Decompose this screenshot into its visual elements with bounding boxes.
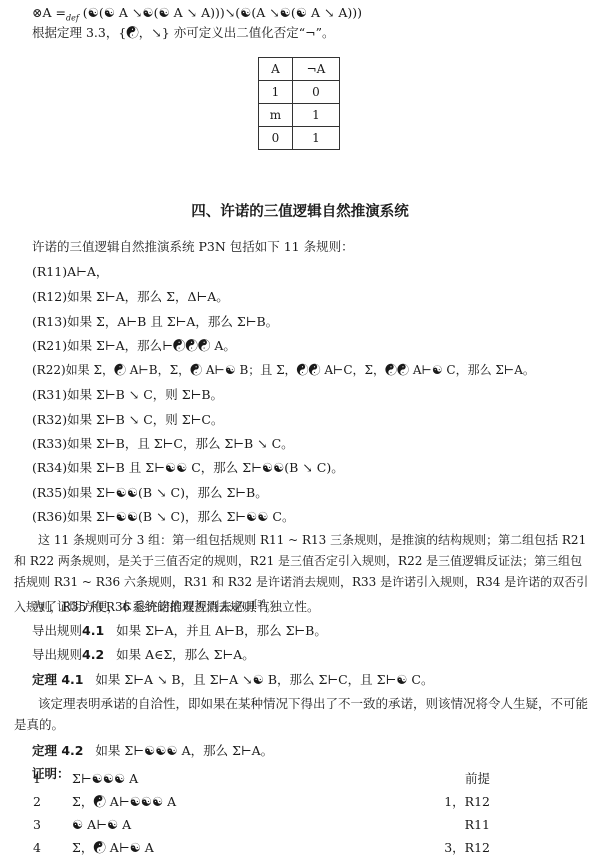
rule-item: (R32)如果 Σ⊢B ↘ C，则 Σ⊢C。 xyxy=(32,411,223,429)
rule-text: A⊢A， xyxy=(67,264,108,279)
rule-text: 如果 Σ⊢A，那么 Σ，Δ⊢A。 xyxy=(67,289,229,304)
independence-note: 为了证明方便，本系统的推理规则未必具有独立性。 xyxy=(32,598,320,616)
intro-text: 许诺的三值逻辑自然推演系统 P3N 包括如下 11 条规则： xyxy=(32,238,354,256)
step-justification: 前提 xyxy=(465,770,490,788)
rule-id: (R31) xyxy=(32,387,67,402)
rule-item: (R35)如果 Σ⊢☯☯(B ↘ C)，那么 Σ⊢B。 xyxy=(32,484,268,502)
rule-id: (R13) xyxy=(32,314,67,329)
cell: 1 xyxy=(259,81,293,104)
theorem-text: 如果 Σ⊢A ↘ B，且 Σ⊢A ↘☯ B，那么 Σ⊢C，且 Σ⊢☯ C。 xyxy=(95,672,433,687)
derived-rule-number: 4.1 xyxy=(82,623,104,638)
truth-table-header: A ¬A xyxy=(259,58,340,81)
cell: 1 xyxy=(293,104,340,127)
rule-id: (R36) xyxy=(32,509,67,524)
step-number: 1 xyxy=(33,770,41,788)
rule-item: (R11)A⊢A， xyxy=(32,263,108,281)
theorem-label: 定理 4.1 xyxy=(32,672,84,687)
step-expression: Σ⊢☯☯☯ A xyxy=(72,770,138,788)
rule-item: (R13)如果 Σ，A⊢B 且 Σ⊢A，那么 Σ⊢B。 xyxy=(32,313,278,331)
step-expression: Σ，☯ A⊢☯ A xyxy=(72,839,154,857)
rule-item: (R31)如果 Σ⊢B ↘ C，则 Σ⊢B。 xyxy=(32,386,223,404)
derived-rule: 导出规则4.2 如果 A∈Σ，那么 Σ⊢A。 xyxy=(32,646,255,664)
step-number: 2 xyxy=(33,793,41,811)
header-not-a: ¬A xyxy=(293,58,340,81)
definition-subscript: def xyxy=(66,14,79,23)
truth-table: A ¬A 1 0 m 1 0 1 xyxy=(258,57,340,150)
definition-eq: = xyxy=(56,5,66,20)
theorem-4-2: 定理 4.2 如果 Σ⊢☯☯☯ A，那么 Σ⊢A。 xyxy=(32,742,273,760)
derived-rule-text: 如果 Σ⊢A，并且 A⊢B，那么 Σ⊢B。 xyxy=(116,623,327,638)
rule-text: 如果 Σ，☯ A⊢B，Σ，☯ A⊢☯ B；且 Σ，☯☯ A⊢C，Σ，☯☯ A⊢☯… xyxy=(66,363,535,377)
step-expression: ☯ A⊢☯ A xyxy=(72,816,131,834)
truth-table-row: 0 1 xyxy=(259,127,340,150)
section-title: 四、许诺的三值逻辑自然推演系统 xyxy=(0,200,600,221)
rule-id: (R32) xyxy=(32,412,67,427)
theorem-text: 如果 Σ⊢☯☯☯ A，那么 Σ⊢A。 xyxy=(95,743,273,758)
derived-rule: 导出规则4.1 如果 Σ⊢A，并且 A⊢B，那么 Σ⊢B。 xyxy=(32,622,327,640)
step-expression: Σ，☯ A⊢☯☯☯ A xyxy=(72,793,176,811)
rule-id: (R21) xyxy=(32,338,67,353)
rule-text: 如果 Σ⊢☯☯(B ↘ C)，那么 Σ⊢B。 xyxy=(67,485,268,500)
rule-text: 如果 Σ⊢☯☯(B ↘ C)，那么 Σ⊢☯☯ C。 xyxy=(67,509,294,524)
cell: 0 xyxy=(293,81,340,104)
truth-table-row: m 1 xyxy=(259,104,340,127)
definition-rhs: (☯(☯ A ↘☯(☯ A ↘ A)))↘(☯(A ↘☯(☯ A ↘ A))) xyxy=(83,5,362,20)
derived-rule-label: 导出规则 xyxy=(32,647,82,662)
derived-rule-number: 4.2 xyxy=(82,647,104,662)
rule-item: (R34)如果 Σ⊢B 且 Σ⊢☯☯ C，那么 Σ⊢☯☯(B ↘ C)。 xyxy=(32,459,344,477)
cell: m xyxy=(259,104,293,127)
rule-id: (R11) xyxy=(32,264,67,279)
rule-id: (R34) xyxy=(32,460,67,475)
rule-id: (R12) xyxy=(32,289,67,304)
derived-rule-text: 如果 A∈Σ，那么 Σ⊢A。 xyxy=(116,647,255,662)
rule-id: (R33) xyxy=(32,436,67,451)
rule-id: (R22) xyxy=(32,363,66,377)
step-justification: R11 xyxy=(465,816,490,834)
step-justification: 3，R12 xyxy=(444,839,490,857)
rule-item: (R36)如果 Σ⊢☯☯(B ↘ C)，那么 Σ⊢☯☯ C。 xyxy=(32,508,294,526)
rule-text: 如果 Σ⊢B，且 Σ⊢C，那么 Σ⊢B ↘ C。 xyxy=(67,436,294,451)
theorem-note: 根据定理 3.3，{☯，↘} 亦可定义出二值化否定“¬”。 xyxy=(32,24,334,42)
theorem-4-1-note: 该定理表明承诺的自洽性，即如果在某种情况下得出了不一致的承诺，则该情况将令人生疑… xyxy=(14,693,592,735)
truth-table-row: 1 0 xyxy=(259,81,340,104)
step-number: 4 xyxy=(33,839,41,857)
step-justification: 1，R12 xyxy=(444,793,490,811)
rule-id: (R35) xyxy=(32,485,67,500)
step-number: 3 xyxy=(33,816,41,834)
rule-item: (R33)如果 Σ⊢B，且 Σ⊢C，那么 Σ⊢B ↘ C。 xyxy=(32,435,294,453)
header-a: A xyxy=(259,58,293,81)
cell: 0 xyxy=(259,127,293,150)
rule-text: 如果 Σ⊢B 且 Σ⊢☯☯ C，那么 Σ⊢☯☯(B ↘ C)。 xyxy=(67,460,344,475)
rule-text: 如果 Σ⊢A，那么⊢☯☯☯ A。 xyxy=(67,338,236,353)
theorem-label: 定理 4.2 xyxy=(32,743,84,758)
theorem-4-1: 定理 4.1 如果 Σ⊢A ↘ B，且 Σ⊢A ↘☯ B，那么 Σ⊢C，且 Σ⊢… xyxy=(32,671,433,689)
rule-item: (R21)如果 Σ⊢A，那么⊢☯☯☯ A。 xyxy=(32,337,236,355)
rule-item: (R12)如果 Σ⊢A，那么 Σ，Δ⊢A。 xyxy=(32,288,229,306)
rule-text: 如果 Σ⊢B ↘ C，则 Σ⊢B。 xyxy=(67,387,223,402)
rule-text: 如果 Σ，A⊢B 且 Σ⊢A，那么 Σ⊢B。 xyxy=(67,314,278,329)
derived-rule-label: 导出规则 xyxy=(32,623,82,638)
definition-lhs: ⊗A xyxy=(32,5,52,20)
cell: 1 xyxy=(293,127,340,150)
rule-text: 如果 Σ⊢B ↘ C，则 Σ⊢C。 xyxy=(67,412,223,427)
rule-item: (R22)如果 Σ，☯ A⊢B，Σ，☯ A⊢☯ B；且 Σ，☯☯ A⊢C，Σ，☯… xyxy=(32,361,535,379)
